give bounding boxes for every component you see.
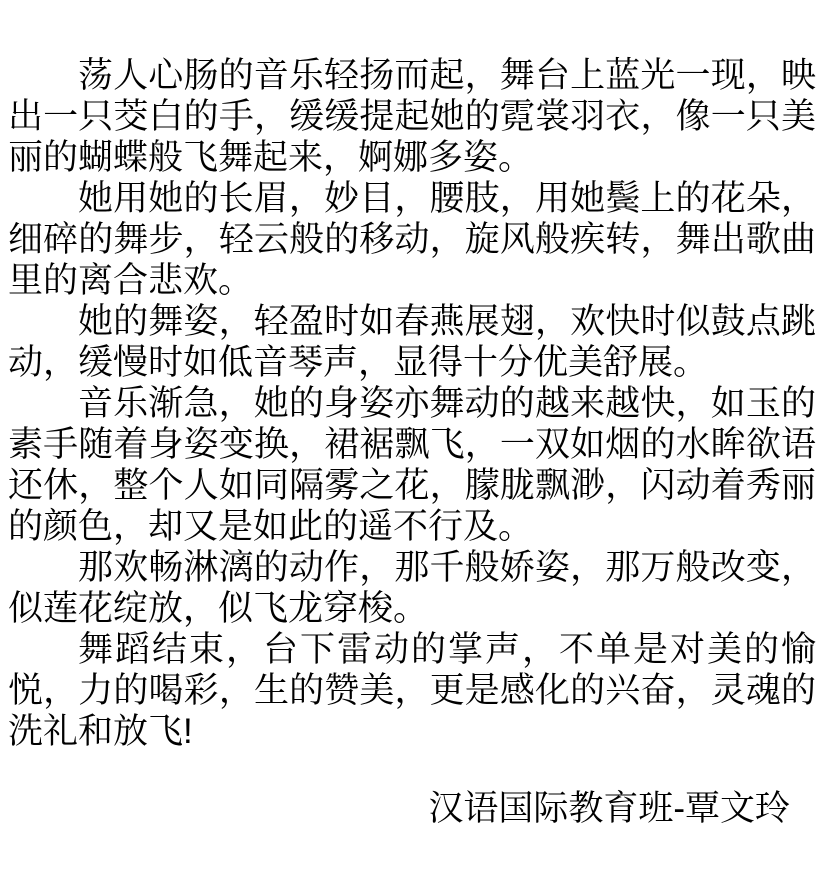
document-page: 荡人心肠的音乐轻扬而起，舞台上蓝光一现，映出一只茭白的手，缓缓提起她的霓裳羽衣，… — [0, 0, 828, 884]
signature-line: 汉语国际教育班-覃文玲 — [8, 788, 790, 829]
essay-body: 荡人心肠的音乐轻扬而起，舞台上蓝光一现，映出一只茭白的手，缓缓提起她的霓裳羽衣，… — [8, 55, 816, 752]
paragraph-6: 舞蹈结束，台下雷动的掌声，不单是对美的愉悦，力的喝彩，生的赞美，更是感化的兴奋，… — [8, 629, 816, 752]
paragraph-1: 荡人心肠的音乐轻扬而起，舞台上蓝光一现，映出一只茭白的手，缓缓提起她的霓裳羽衣，… — [8, 55, 816, 178]
paragraph-2: 她用她的长眉，妙目，腰肢，用她鬓上的花朵，细碎的舞步，轻云般的移动，旋风般疾转，… — [8, 178, 816, 301]
paragraph-4: 音乐渐急，她的身姿亦舞动的越来越快，如玉的素手随着身姿变换，裙裾飘飞，一双如烟的… — [8, 383, 816, 547]
paragraph-5: 那欢畅淋漓的动作，那千般娇姿，那万般改变，似莲花绽放，似飞龙穿梭。 — [8, 547, 816, 629]
paragraph-3: 她的舞姿，轻盈时如春燕展翅，欢快时似鼓点跳动，缓慢时如低音琴声，显得十分优美舒展… — [8, 301, 816, 383]
